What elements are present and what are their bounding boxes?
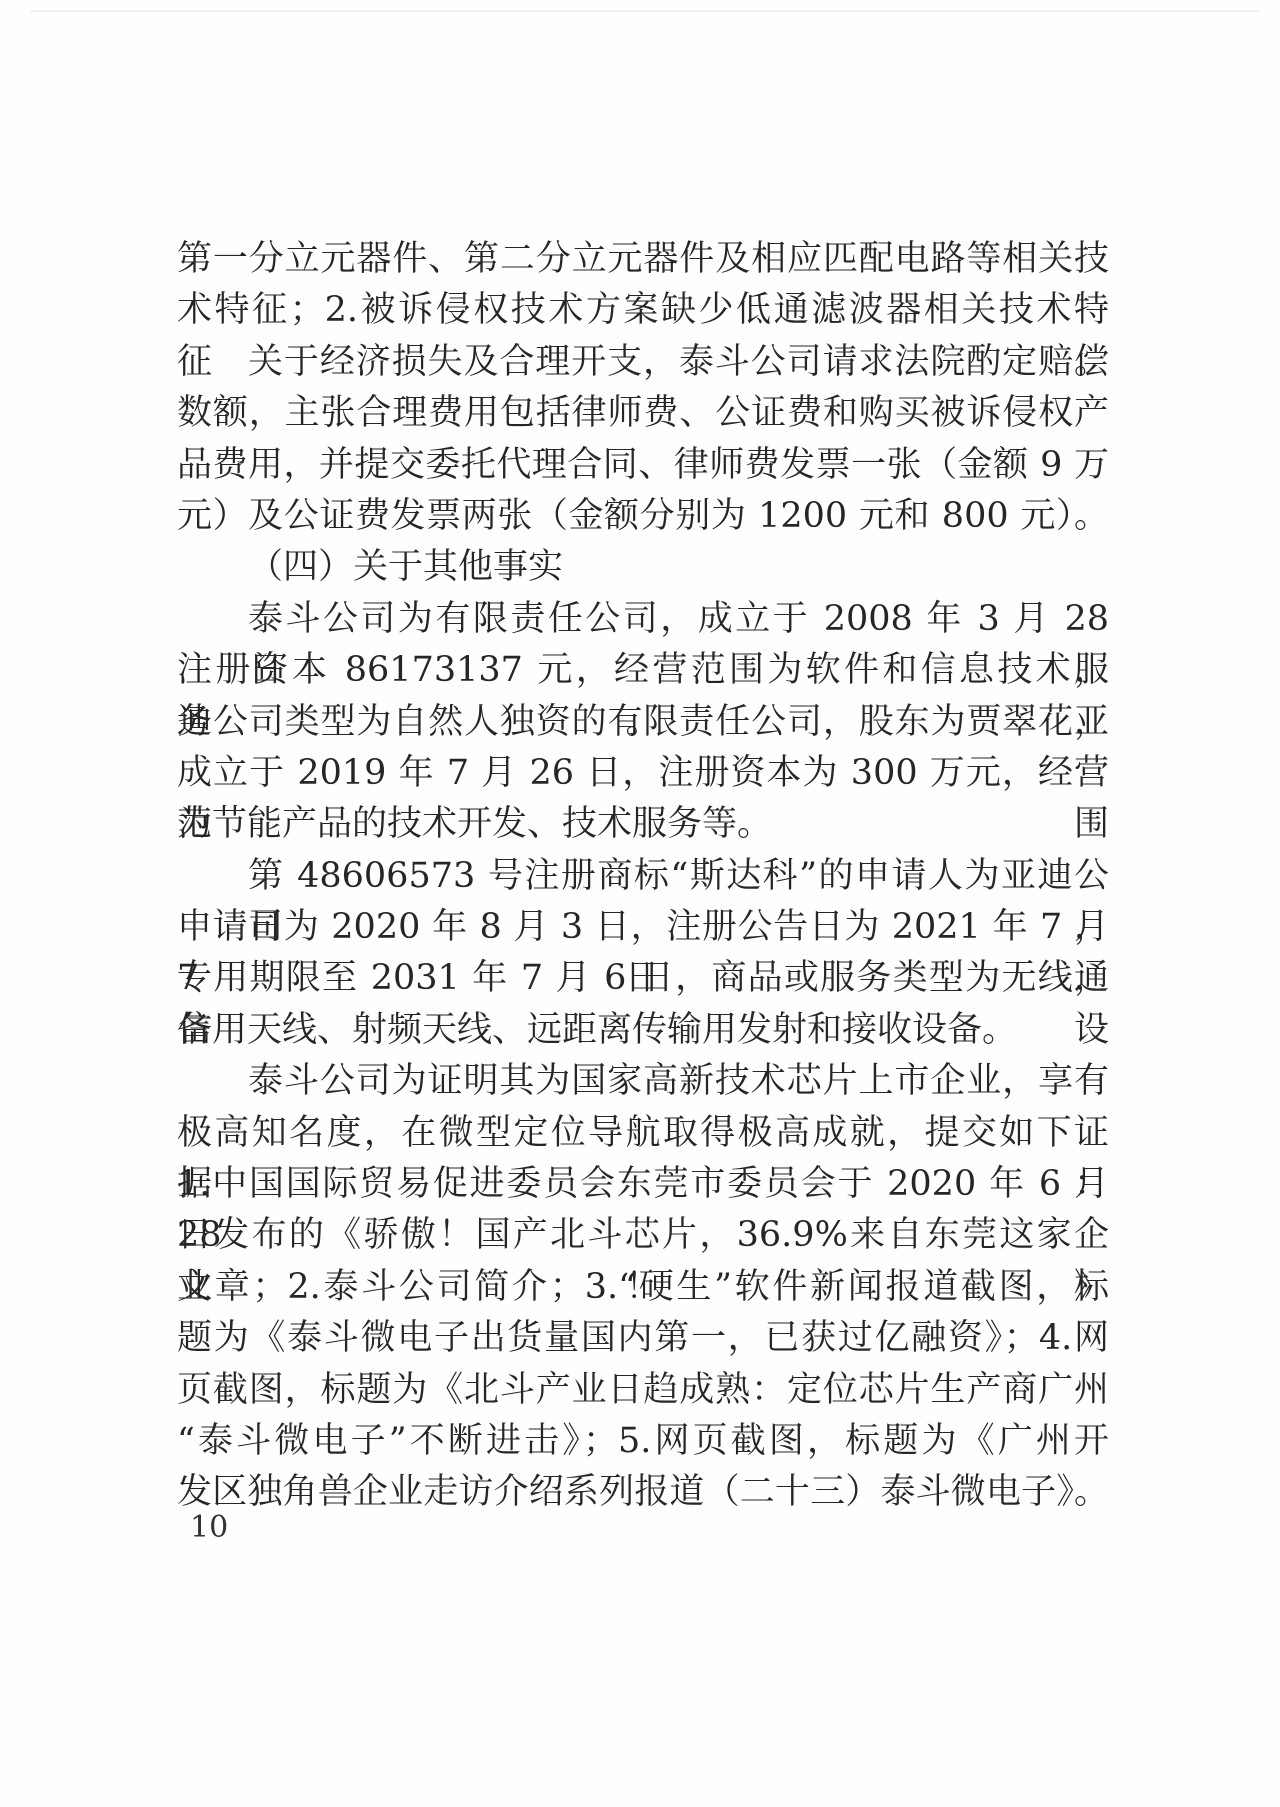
- page-number: 10: [190, 1508, 228, 1548]
- text-line: 第 48606573 号注册商标“斯达科”的申请人为亚迪公司，: [177, 851, 1109, 902]
- document-page: 第一分立元器件、第二分立元器件及相应匹配电路等相关技 术特征；2.被诉侵权技术方…: [0, 0, 1280, 1807]
- text-line: “泰斗微电子”不断进击》；5.网页截图，标题为《广州开: [177, 1416, 1109, 1467]
- text-line: 泰斗公司为有限责任公司，成立于 2008 年 3 月 28 日，: [177, 594, 1109, 645]
- text-line: 页截图，标题为《北斗产业日趋成熟：定位芯片生产商广州: [177, 1365, 1109, 1416]
- text-line: 泰斗公司为证明其为国家高新技术芯片上市企业，享有: [177, 1056, 1109, 1107]
- text-line: 专用期限至 2031 年 7 月 6 日，商品或服务类型为无线通信设: [177, 953, 1109, 1004]
- text-line: 日发布的《骄傲！国产北斗芯片，36.9%来自东莞这家企业！》: [177, 1210, 1109, 1261]
- text-line: 备用天线、射频天线、远距离传输用发射和接收设备。: [177, 1005, 1109, 1056]
- text-line: 成立于 2019 年 7 月 26 日，注册资本为 300 万元，经营范围: [177, 748, 1109, 799]
- text-line: 文章；2.泰斗公司简介；3.“硬生”软件新闻报道截图，标: [177, 1262, 1109, 1313]
- document-body-text: 第一分立元器件、第二分立元器件及相应匹配电路等相关技 术特征；2.被诉侵权技术方…: [177, 234, 1109, 1519]
- text-line: 元）及公证费发票两张（金额分别为 1200 元和 800 元）。: [177, 491, 1109, 542]
- text-line: 注册资本 86173137 元，经营范围为软件和信息技术服务。亚: [177, 645, 1109, 696]
- text-line: 题为《泰斗微电子出货量国内第一，已获过亿融资》；4.网: [177, 1313, 1109, 1364]
- text-line: 第一分立元器件、第二分立元器件及相应匹配电路等相关技: [177, 234, 1109, 285]
- text-line: 数额，主张合理费用包括律师费、公证费和购买被诉侵权产: [177, 388, 1109, 439]
- text-line: 1.中国国际贸易促进委员会东莞市委员会于 2020 年 6 月 28: [177, 1159, 1109, 1210]
- text-line: 申请日为 2020 年 8 月 3 日，注册公告日为 2021 年 7 月 7 …: [177, 902, 1109, 953]
- text-line: 术特征；2.被诉侵权技术方案缺少低通滤波器相关技术特征。: [177, 285, 1109, 336]
- scan-edge-artifact: [30, 10, 1260, 12]
- text-line: 极高知名度，在微型定位导航取得极高成就，提交如下证据：: [177, 1108, 1109, 1159]
- text-line: 品费用，并提交委托代理合同、律师费发票一张（金额 9 万: [177, 440, 1109, 491]
- text-line: 发区独角兽企业走访介绍系列报道（二十三）泰斗微电子》。: [177, 1467, 1109, 1518]
- text-line: 迪公司类型为自然人独资的有限责任公司，股东为贾翠花，: [177, 697, 1109, 748]
- section-heading-line: （四）关于其他事实: [177, 542, 1109, 593]
- text-line: 关于经济损失及合理开支，泰斗公司请求法院酌定赔偿: [177, 337, 1109, 388]
